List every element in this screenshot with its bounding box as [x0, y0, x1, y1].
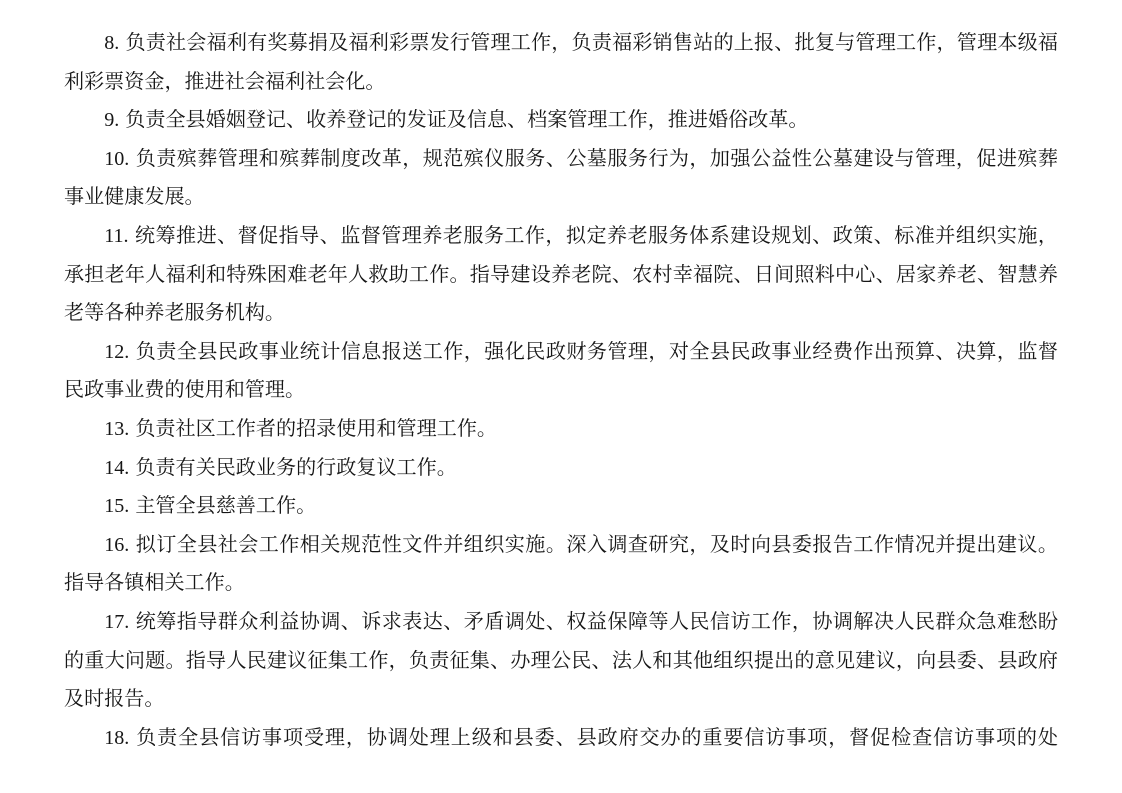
paragraph-item-9: 9.负责全县婚姻登记、收养登记的发证及信息、档案管理工作，推进婚俗改革。	[64, 101, 1058, 140]
item-body: 负责社会福利有奖募捐及福利彩票发行管理工作，负责福彩销售站的上报、批复与管理工作…	[64, 32, 1058, 93]
paragraph-item-16: 16.拟订全县社会工作相关规范性文件并组织实施。深入调查研究，及时向县委报告工作…	[64, 526, 1058, 603]
paragraph-item-11: 11.统筹推进、督促指导、监督管理养老服务工作，拟定养老服务体系建设规划、政策、…	[64, 217, 1058, 333]
item-body: 负责全县婚姻登记、收养登记的发证及信息、档案管理工作，推进婚俗改革。	[125, 109, 808, 131]
item-number: 9.	[104, 109, 119, 131]
item-number: 14.	[104, 457, 129, 479]
paragraph-item-17: 17.统筹指导群众利益协调、诉求表达、矛盾调处、权益保障等人民信访工作，协调解决…	[64, 603, 1058, 719]
item-body: 负责社区工作者的招录使用和管理工作。	[135, 418, 497, 440]
item-body: 统筹指导群众利益协调、诉求表达、矛盾调处、权益保障等人民信访工作，协调解决人民群…	[64, 611, 1058, 710]
item-number: 15.	[104, 495, 129, 517]
item-number: 16.	[104, 534, 129, 556]
item-body: 统筹推进、督促指导、监督管理养老服务工作，拟定养老服务体系建设规划、政策、标准并…	[64, 225, 1058, 324]
paragraph-item-8: 8.负责社会福利有奖募捐及福利彩票发行管理工作，负责福彩销售站的上报、批复与管理…	[64, 24, 1058, 101]
item-number: 12.	[104, 341, 129, 363]
paragraph-item-18: 18.负责全县信访事项受理，协调处理上级和县委、县政府交办的重要信访事项，督促检…	[64, 719, 1058, 758]
paragraph-item-15: 15.主管全县慈善工作。	[64, 487, 1058, 526]
document-text-block: 8.负责社会福利有奖募捐及福利彩票发行管理工作，负责福彩销售站的上报、批复与管理…	[64, 24, 1058, 760]
item-number: 17.	[104, 611, 129, 633]
item-body: 负责有关民政业务的行政复议工作。	[135, 457, 457, 479]
item-body: 主管全县慈善工作。	[135, 495, 316, 517]
item-body: 拟订全县社会工作相关规范性文件并组织实施。深入调查研究，及时向县委报告工作情况并…	[64, 534, 1058, 595]
paragraph-item-13: 13.负责社区工作者的招录使用和管理工作。	[64, 410, 1058, 449]
item-number: 11.	[104, 225, 128, 247]
item-number: 8.	[104, 32, 119, 54]
document-page: 8.负责社会福利有奖募捐及福利彩票发行管理工作，负责福彩销售站的上报、批复与管理…	[0, 0, 1122, 793]
paragraph-item-12: 12.负责全县民政事业统计信息报送工作，强化民政财务管理，对全县民政事业经费作出…	[64, 333, 1058, 410]
item-number: 13.	[104, 418, 129, 440]
item-body: 负责全县信访事项受理，协调处理上级和县委、县政府交办的重要信访事项，督促检查信访…	[135, 727, 1058, 749]
paragraph-item-10: 10.负责殡葬管理和殡葬制度改革，规范殡仪服务、公墓服务行为，加强公益性公墓建设…	[64, 140, 1058, 217]
item-number: 10.	[104, 148, 129, 170]
paragraph-item-14: 14.负责有关民政业务的行政复议工作。	[64, 449, 1058, 488]
item-number: 18.	[104, 727, 129, 749]
item-body: 负责全县民政事业统计信息报送工作，强化民政财务管理，对全县民政事业经费作出预算、…	[64, 341, 1058, 402]
item-body: 负责殡葬管理和殡葬制度改革，规范殡仪服务、公墓服务行为，加强公益性公墓建设与管理…	[64, 148, 1058, 209]
